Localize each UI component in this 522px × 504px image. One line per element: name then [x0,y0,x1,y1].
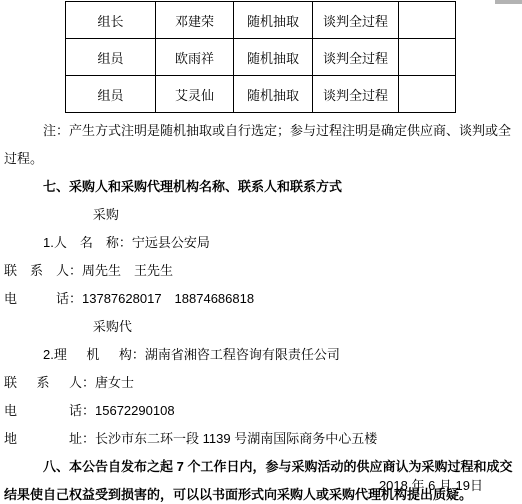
table-cell-method: 随机抽取 [234,2,313,39]
agency-phone-line: 电话：15672290108 [4,397,518,425]
purchaser-phone-value: 13787628017 18874686818 [82,291,254,306]
colon: ： [119,235,132,250]
purchaser-phone-label: 电话 [4,285,69,313]
table-cell-process: 谈判全过程 [313,2,399,39]
table-cell-role: 组长 [66,2,156,39]
note-paragraph: 注：产生方式注明是随机抽取或自行选定；参与过程注明是确定供应商、谈判或全过程。 [4,117,518,173]
agency-address-label: 地址 [4,425,82,453]
colon: ： [132,347,145,362]
document-page: 组长 邓建荣 随机抽取 谈判全过程 组员 欧雨祥 随机抽取 谈判全过程 组员 艾… [0,0,522,504]
purchaser-name-line: 1.采购人名称：宁远县公安局 [4,201,518,257]
purchaser-phone-line: 电话：13787628017 18874686818 [4,285,518,313]
agency-contact-line: 联系人：唐女士 [4,369,518,397]
colon: ： [69,291,82,306]
table-cell-process: 谈判全过程 [313,39,399,76]
table-cell-role: 组员 [66,76,156,113]
section7-heading: 七、采购人和采购代理机构名称、联系人和联系方式 [4,173,518,201]
agency-name-value: 湖南省湘咨工程咨询有限责任公司 [145,347,340,362]
agency-contact-value: 唐女士 [95,375,134,390]
table-cell-empty [399,2,456,39]
purchaser-contact-label: 联系人 [4,257,69,285]
purchaser-contact-line: 联系人：周先生 王先生 [4,257,518,285]
agency-name-label: 采购代理机构 [54,313,132,369]
table-cell-process: 谈判全过程 [313,76,399,113]
table-row: 组长 邓建荣 随机抽取 谈判全过程 [66,2,456,39]
agency-address-value: 长沙市东二环一段 1139 号湖南国际商务中心五楼 [95,431,377,446]
purchaser-prefix: 1. [43,235,54,250]
agency-contact-label: 联系人 [4,369,82,397]
purchaser-contact-value: 周先生 王先生 [82,263,173,278]
table-cell-empty [399,76,456,113]
agency-name-line: 2.采购代理机构：湖南省湘咨工程咨询有限责任公司 [4,313,518,369]
colon: ： [69,263,82,278]
document-body: 注：产生方式注明是随机抽取或自行选定；参与过程注明是确定供应商、谈判或全过程。 … [4,117,518,504]
scrollbar-fragment[interactable] [495,0,522,4]
table-cell-name: 欧雨祥 [156,39,234,76]
table-cell-method: 随机抽取 [234,76,313,113]
panel-members-table: 组长 邓建荣 随机抽取 谈判全过程 组员 欧雨祥 随机抽取 谈判全过程 组员 艾… [65,1,456,113]
colon: ： [82,403,95,418]
agency-address-line: 地址：长沙市东二环一段 1139 号湖南国际商务中心五楼 [4,425,518,453]
colon: ： [82,375,95,390]
publish-date: 2018 年 6 月 19日 [379,472,483,500]
table-cell-role: 组员 [66,39,156,76]
table-cell-empty [399,39,456,76]
table-cell-name: 邓建荣 [156,2,234,39]
agency-prefix: 2. [43,347,54,362]
table-cell-name: 艾灵仙 [156,76,234,113]
purchaser-name-value: 宁远县公安局 [132,235,210,250]
agency-phone-label: 电话 [4,397,82,425]
table-row: 组员 艾灵仙 随机抽取 谈判全过程 [66,76,456,113]
purchaser-name-label: 采购人名称 [54,201,119,257]
agency-phone-value: 15672290108 [95,403,175,418]
colon: ： [82,431,95,446]
table-cell-method: 随机抽取 [234,39,313,76]
table-row: 组员 欧雨祥 随机抽取 谈判全过程 [66,39,456,76]
